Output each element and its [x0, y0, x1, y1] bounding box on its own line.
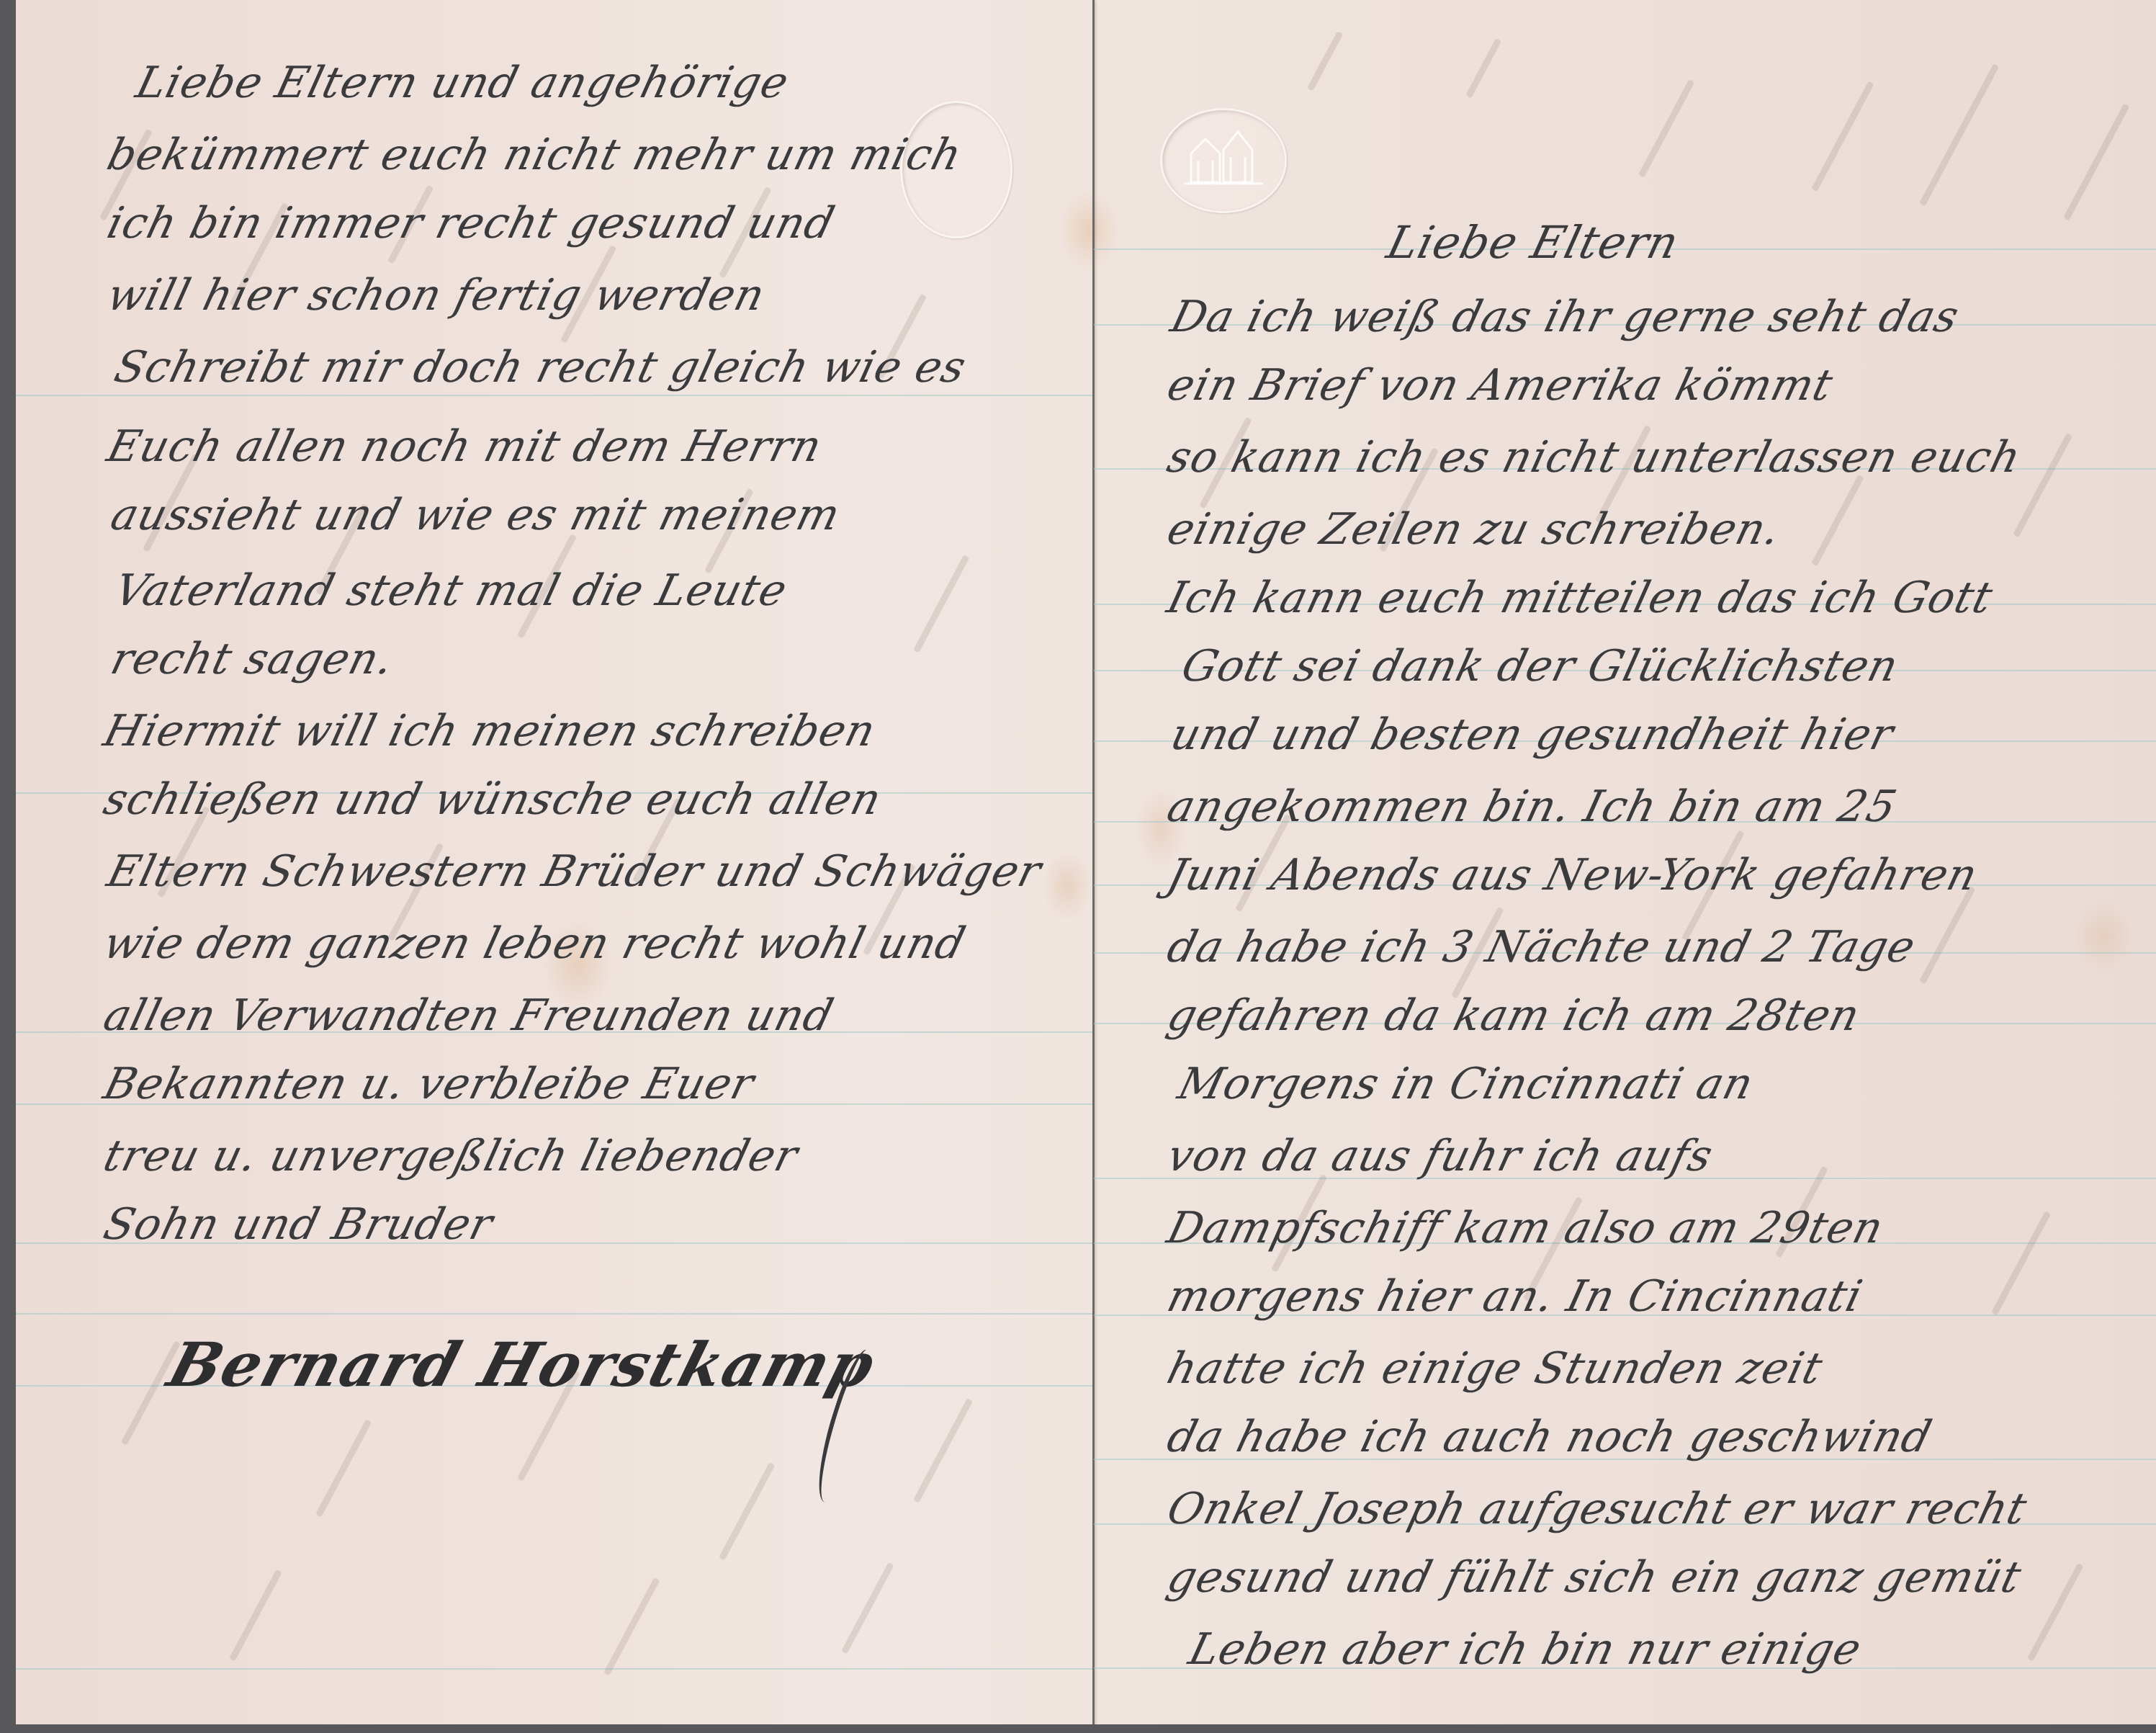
right-page: Liebe Eltern Da ich weiß das ihr gerne s…	[1094, 0, 2156, 1724]
letter-line: Onkel Joseph aufgesucht er war recht	[1162, 1484, 2032, 1534]
letter-line: gesund und fühlt sich ein ganz gemüt	[1162, 1552, 2026, 1603]
letter-line: angekommen bin. Ich bin am 25	[1162, 782, 1902, 832]
letter-line: Leben aber ich bin nur einige	[1184, 1624, 1867, 1675]
letter-line: schließen und wünsche euch allen	[99, 774, 886, 825]
letter-line: ich bin immer recht gesund und	[102, 198, 840, 248]
letter-line: Da ich weiß das ihr gerne seht das	[1166, 292, 1964, 342]
letter-line: Juni Abends aus New-York gefahren	[1162, 850, 1983, 900]
letter-line: allen Verwandten Freunden und	[99, 990, 839, 1041]
scanned-letter: Liebe Eltern und angehörige bekümmert eu…	[16, 0, 2156, 1724]
letter-line: Gott sei dank der Glücklichsten	[1177, 641, 1904, 691]
letter-line: Liebe Eltern und angehörige	[131, 58, 794, 108]
letter-line: wie dem ganzen leben recht wohl und	[99, 918, 971, 969]
letter-line: treu u. unvergeßlich liebender	[99, 1131, 803, 1181]
letter-line: morgens hier an. In Cincinnati	[1162, 1271, 1868, 1322]
letter-line: recht sagen.	[106, 634, 399, 684]
letter-line: Dampfschiff kam also am 29ten	[1162, 1203, 1889, 1253]
letter-line: Sohn und Bruder	[99, 1199, 498, 1250]
letter-line: ein Brief von Amerika kömmt	[1162, 360, 1838, 411]
letter-line: Eltern Schwestern Brüder und Schwäger	[102, 846, 1046, 897]
salutation: Liebe Eltern	[1382, 216, 1684, 269]
letter-line: von da aus fuhr ich aufs	[1162, 1131, 1718, 1181]
letter-line: gefahren da kam ich am 28ten	[1162, 990, 1865, 1041]
letter-line: einige Zeilen zu schreiben.	[1162, 504, 1786, 555]
letter-line: Ich kann euch mitteilen das ich Gott	[1162, 573, 1998, 623]
letter-line: Euch allen noch mit dem Herrn	[102, 421, 827, 472]
letter-line: Vaterland steht mal die Leute	[109, 565, 792, 616]
letter-line: Schreibt mir doch recht gleich wie es	[109, 342, 971, 393]
signature: Bernard Horstkamp	[161, 1329, 884, 1400]
letter-line: Bekannten u. verbleibe Euer	[99, 1059, 760, 1109]
letter-line: Hiermit will ich meinen schreiben	[99, 706, 881, 756]
building-emblem-icon	[1162, 110, 1285, 211]
letter-line: da habe ich 3 Nächte und 2 Tage	[1162, 922, 1921, 972]
letter-line: bekümmert euch nicht mehr um mich	[102, 130, 967, 180]
letter-line: und und besten gesundheit hier	[1166, 709, 1899, 760]
embossed-seal-building	[1160, 108, 1287, 213]
left-page: Liebe Eltern und angehörige bekümmert eu…	[16, 0, 1092, 1724]
letter-line: Morgens in Cincinnati an	[1173, 1059, 1759, 1109]
ruled-line	[16, 1313, 1092, 1315]
letter-line: so kann ich es nicht unterlassen euch	[1162, 432, 2026, 483]
ruled-line	[16, 1668, 1092, 1670]
letter-line: da habe ich auch noch geschwind	[1162, 1412, 1937, 1462]
letter-line: hatte ich einige Stunden zeit	[1162, 1343, 1828, 1394]
letter-line: aussieht und wie es mit meinem	[106, 490, 845, 540]
letter-line: will hier schon fertig werden	[102, 270, 771, 321]
ruled-line	[16, 395, 1092, 396]
